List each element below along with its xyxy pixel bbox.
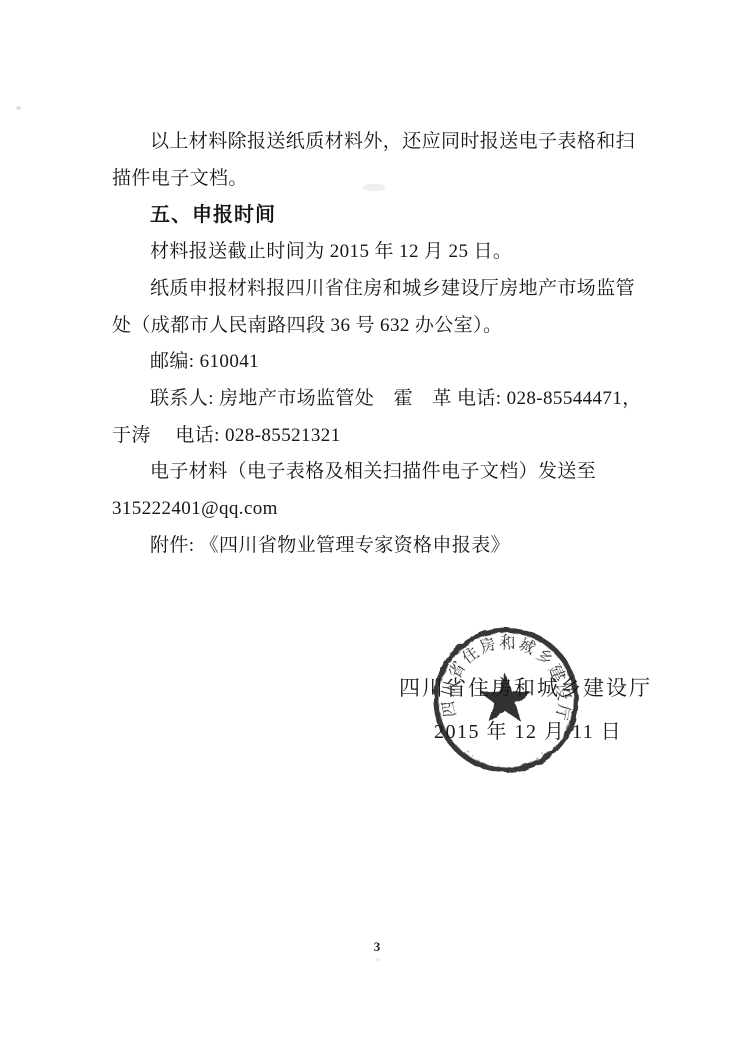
- body-line: 描件电子文档。: [112, 161, 657, 198]
- scanned-document-page: 以上材料除报送纸质材料外，还应同时报送电子表格和扫 描件电子文档。 五、申报时间…: [0, 0, 750, 1061]
- contact-line: 联系人: 房地产市场监管处 霍 革 电话: 028-85544471，: [112, 381, 657, 418]
- body-line: 纸质申报材料报四川省住房和城乡建设厅房地产市场监管: [112, 271, 657, 308]
- section-heading: 五、申报时间: [112, 197, 657, 234]
- page-number: 3: [362, 939, 392, 955]
- official-seal: 四川省住房和城乡建设厅: [414, 606, 598, 790]
- body-line: 处（成都市人民南路四段 36 号 632 办公室）。: [112, 308, 657, 345]
- scan-speck: [16, 106, 21, 110]
- postal-code-line: 邮编: 610041: [112, 344, 657, 381]
- attachment-line: 附件: 《四川省物业管理专家资格申报表》: [112, 528, 657, 565]
- seal-star-icon: [479, 673, 530, 722]
- body-line: 电子材料（电子表格及相关扫描件电子文档）发送至: [112, 454, 657, 491]
- document-body: 以上材料除报送纸质材料外，还应同时报送电子表格和扫 描件电子文档。 五、申报时间…: [112, 124, 657, 564]
- scan-speck: [376, 958, 380, 961]
- scan-speck: [363, 184, 385, 191]
- contact-line: 于涛 电话: 028-85521321: [112, 418, 657, 455]
- body-line: 以上材料除报送纸质材料外，还应同时报送电子表格和扫: [112, 124, 657, 161]
- email-line: 315222401@qq.com: [112, 491, 657, 528]
- body-line: 材料报送截止时间为 2015 年 12 月 25 日。: [112, 234, 657, 271]
